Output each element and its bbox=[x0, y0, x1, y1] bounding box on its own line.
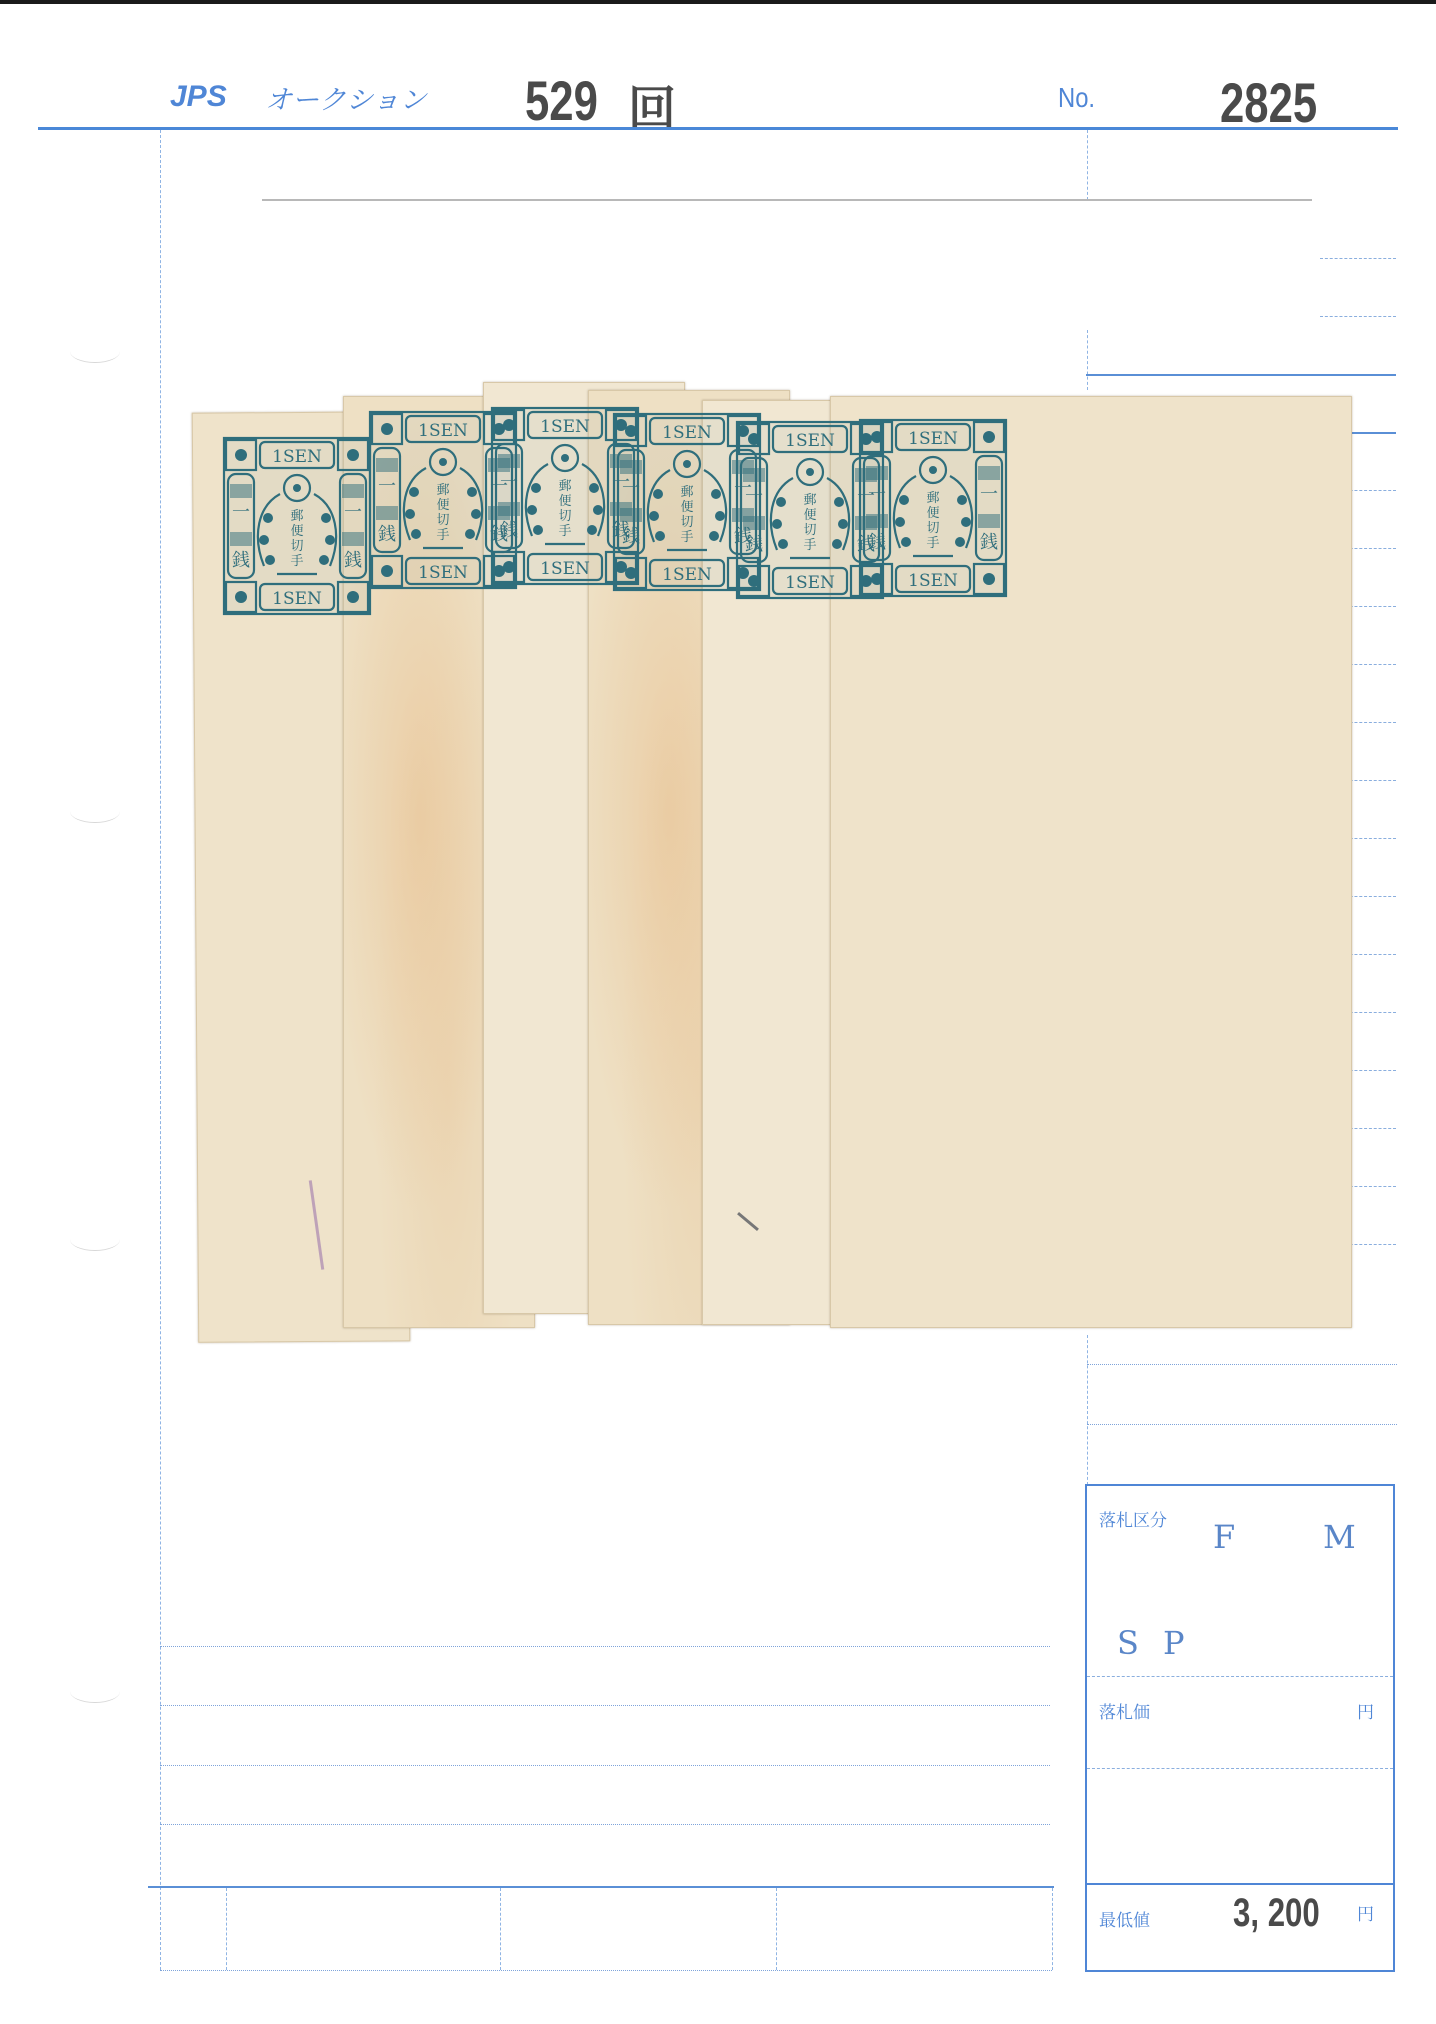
category-label: 落札区分 bbox=[1099, 1506, 1167, 1531]
category-option-m[interactable]: M bbox=[1323, 1518, 1356, 1556]
stamp-1: 1SEN 1SEN 一 銭 一 銭 郵便切手 bbox=[222, 436, 372, 616]
svg-text:1SEN: 1SEN bbox=[540, 559, 590, 579]
svg-text:郵: 郵 bbox=[290, 509, 303, 524]
svg-text:切: 切 bbox=[436, 513, 449, 528]
note-line-3 bbox=[160, 1765, 1050, 1766]
svg-text:1SEN: 1SEN bbox=[418, 563, 468, 583]
svg-text:一: 一 bbox=[344, 502, 362, 523]
category-option-p[interactable]: P bbox=[1163, 1624, 1185, 1662]
svg-text:1SEN: 1SEN bbox=[785, 431, 835, 451]
svg-text:1SEN: 1SEN bbox=[785, 573, 835, 593]
svg-text:切: 切 bbox=[680, 515, 693, 530]
svg-text:1SEN: 1SEN bbox=[908, 429, 958, 449]
svg-text:手: 手 bbox=[558, 524, 571, 539]
svg-text:切: 切 bbox=[803, 523, 816, 538]
minimum-value: 3, 200 bbox=[1233, 1891, 1320, 1936]
svg-text:1SEN: 1SEN bbox=[662, 565, 712, 585]
svg-text:銭: 銭 bbox=[622, 526, 640, 547]
note-table-col bbox=[226, 1888, 227, 1970]
svg-text:郵: 郵 bbox=[926, 491, 939, 506]
svg-text:手: 手 bbox=[290, 554, 303, 569]
svg-text:便: 便 bbox=[558, 494, 571, 509]
right-column-rule-lower bbox=[1087, 1335, 1088, 1485]
svg-text:一: 一 bbox=[232, 502, 250, 523]
minimum-label: 最低値 bbox=[1099, 1906, 1150, 1931]
svg-text:便: 便 bbox=[680, 500, 693, 515]
svg-text:一: 一 bbox=[868, 484, 886, 505]
svg-text:便: 便 bbox=[436, 498, 449, 513]
bid-box-divider-2 bbox=[1087, 1768, 1393, 1769]
svg-text:便: 便 bbox=[803, 508, 816, 523]
svg-text:銭: 銭 bbox=[500, 520, 518, 541]
svg-text:1SEN: 1SEN bbox=[272, 447, 322, 467]
note-table-bottom bbox=[160, 1970, 1052, 1971]
bid-box-divider-3 bbox=[1087, 1883, 1393, 1885]
category-option-s[interactable]: S bbox=[1117, 1624, 1139, 1662]
svg-text:1SEN: 1SEN bbox=[418, 421, 468, 441]
svg-text:銭: 銭 bbox=[232, 550, 250, 571]
note-table-top bbox=[148, 1886, 1054, 1888]
note-line-4 bbox=[160, 1824, 1050, 1825]
minimum-unit: 円 bbox=[1357, 1900, 1374, 1925]
svg-text:切: 切 bbox=[290, 539, 303, 554]
svg-text:手: 手 bbox=[926, 536, 939, 551]
lot-image: 1SEN 1SEN 一 銭 一 銭 郵便切手 bbox=[0, 0, 1436, 1400]
bid-box-divider-1 bbox=[1087, 1676, 1393, 1677]
category-option-f[interactable]: F bbox=[1213, 1518, 1235, 1556]
svg-text:銭: 銭 bbox=[344, 550, 362, 571]
right-rule-b bbox=[1087, 1424, 1397, 1425]
price-unit: 円 bbox=[1357, 1698, 1374, 1723]
svg-text:一: 一 bbox=[378, 476, 396, 497]
svg-text:1SEN: 1SEN bbox=[908, 571, 958, 591]
note-line-2 bbox=[160, 1705, 1050, 1706]
right-rule-a bbox=[1087, 1364, 1397, 1365]
svg-text:手: 手 bbox=[436, 528, 449, 543]
svg-text:銭: 銭 bbox=[745, 534, 763, 555]
stamp-6: 1SEN 1SEN 一 銭 一 銭 郵便切手 bbox=[858, 418, 1008, 598]
svg-text:切: 切 bbox=[926, 521, 939, 536]
svg-text:郵: 郵 bbox=[436, 483, 449, 498]
svg-text:1SEN: 1SEN bbox=[662, 423, 712, 443]
svg-text:切: 切 bbox=[558, 509, 571, 524]
svg-text:一: 一 bbox=[622, 478, 640, 499]
bid-box: 落札区分 F M S P 落札価 円 最低値 3, 200 円 bbox=[1085, 1484, 1395, 1972]
svg-text:1SEN: 1SEN bbox=[540, 417, 590, 437]
svg-text:一: 一 bbox=[500, 472, 518, 493]
note-table-col bbox=[776, 1888, 777, 1970]
svg-text:便: 便 bbox=[926, 506, 939, 521]
svg-text:郵: 郵 bbox=[558, 479, 571, 494]
svg-text:銭: 銭 bbox=[980, 532, 998, 553]
svg-text:銭: 銭 bbox=[868, 532, 886, 553]
svg-text:郵: 郵 bbox=[680, 485, 693, 500]
note-table-col bbox=[1052, 1888, 1053, 1970]
note-line-1 bbox=[160, 1646, 1050, 1647]
svg-text:便: 便 bbox=[290, 524, 303, 539]
binder-hole bbox=[70, 1680, 120, 1703]
note-table-col bbox=[500, 1888, 501, 1970]
svg-text:一: 一 bbox=[745, 486, 763, 507]
svg-text:手: 手 bbox=[803, 538, 816, 553]
svg-text:郵: 郵 bbox=[803, 493, 816, 508]
svg-text:手: 手 bbox=[680, 530, 693, 545]
svg-text:銭: 銭 bbox=[378, 524, 396, 545]
svg-text:一: 一 bbox=[980, 484, 998, 505]
price-label: 落札価 bbox=[1099, 1698, 1150, 1723]
svg-text:1SEN: 1SEN bbox=[272, 589, 322, 609]
